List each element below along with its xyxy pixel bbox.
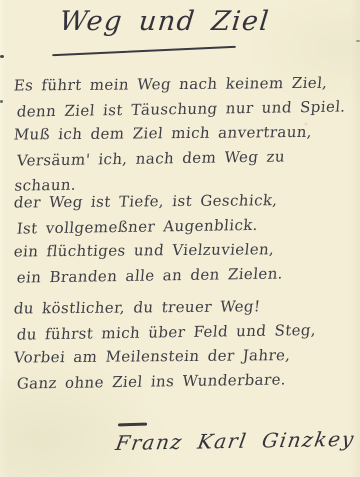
stanza: der Weg ist Tiefe, ist Geschick, Ist vol…: [14, 189, 354, 287]
poem-line: Muß ich dem Ziel mich anvertraun,: [13, 120, 356, 147]
poem-line: ein Branden alle an den Zielen.: [16, 260, 356, 290]
poem-line: der Weg ist Tiefe, ist Geschick,: [13, 188, 356, 215]
title-underline: [52, 46, 236, 56]
poem-line: ein flüchtiges und Vielzuvielen,: [13, 237, 356, 264]
scan-artifact: [0, 100, 3, 103]
scan-artifact: [356, 40, 360, 42]
stanza: du köstlicher, du treuer Weg! du führst …: [14, 295, 354, 393]
poem-body: Es führt mein Weg nach keinem Ziel, denn…: [14, 72, 354, 393]
stanza: Es führt mein Weg nach keinem Ziel, denn…: [14, 72, 354, 170]
poem-title-block: Weg und Ziel: [58, 6, 268, 37]
poem-line: du köstlicher, du treuer Weg!: [13, 294, 356, 321]
signature-dash: [118, 423, 147, 426]
poem-title: Weg und Ziel: [58, 6, 271, 37]
poem-line: Es führt mein Weg nach keinem Ziel,: [13, 71, 356, 98]
author-signature: Franz Karl Ginzkey: [114, 427, 357, 455]
poem-line: Ganz ohne Ziel ins Wunderbare.: [16, 366, 356, 396]
scan-artifact: [0, 55, 4, 58]
document-page: Weg und Ziel Es führt mein Weg nach kein…: [0, 0, 360, 477]
poem-line: Versäum' ich, nach dem Weg zu schaun.: [16, 143, 356, 173]
poem-line: Vorbei am Meilenstein der Jahre,: [13, 343, 356, 370]
